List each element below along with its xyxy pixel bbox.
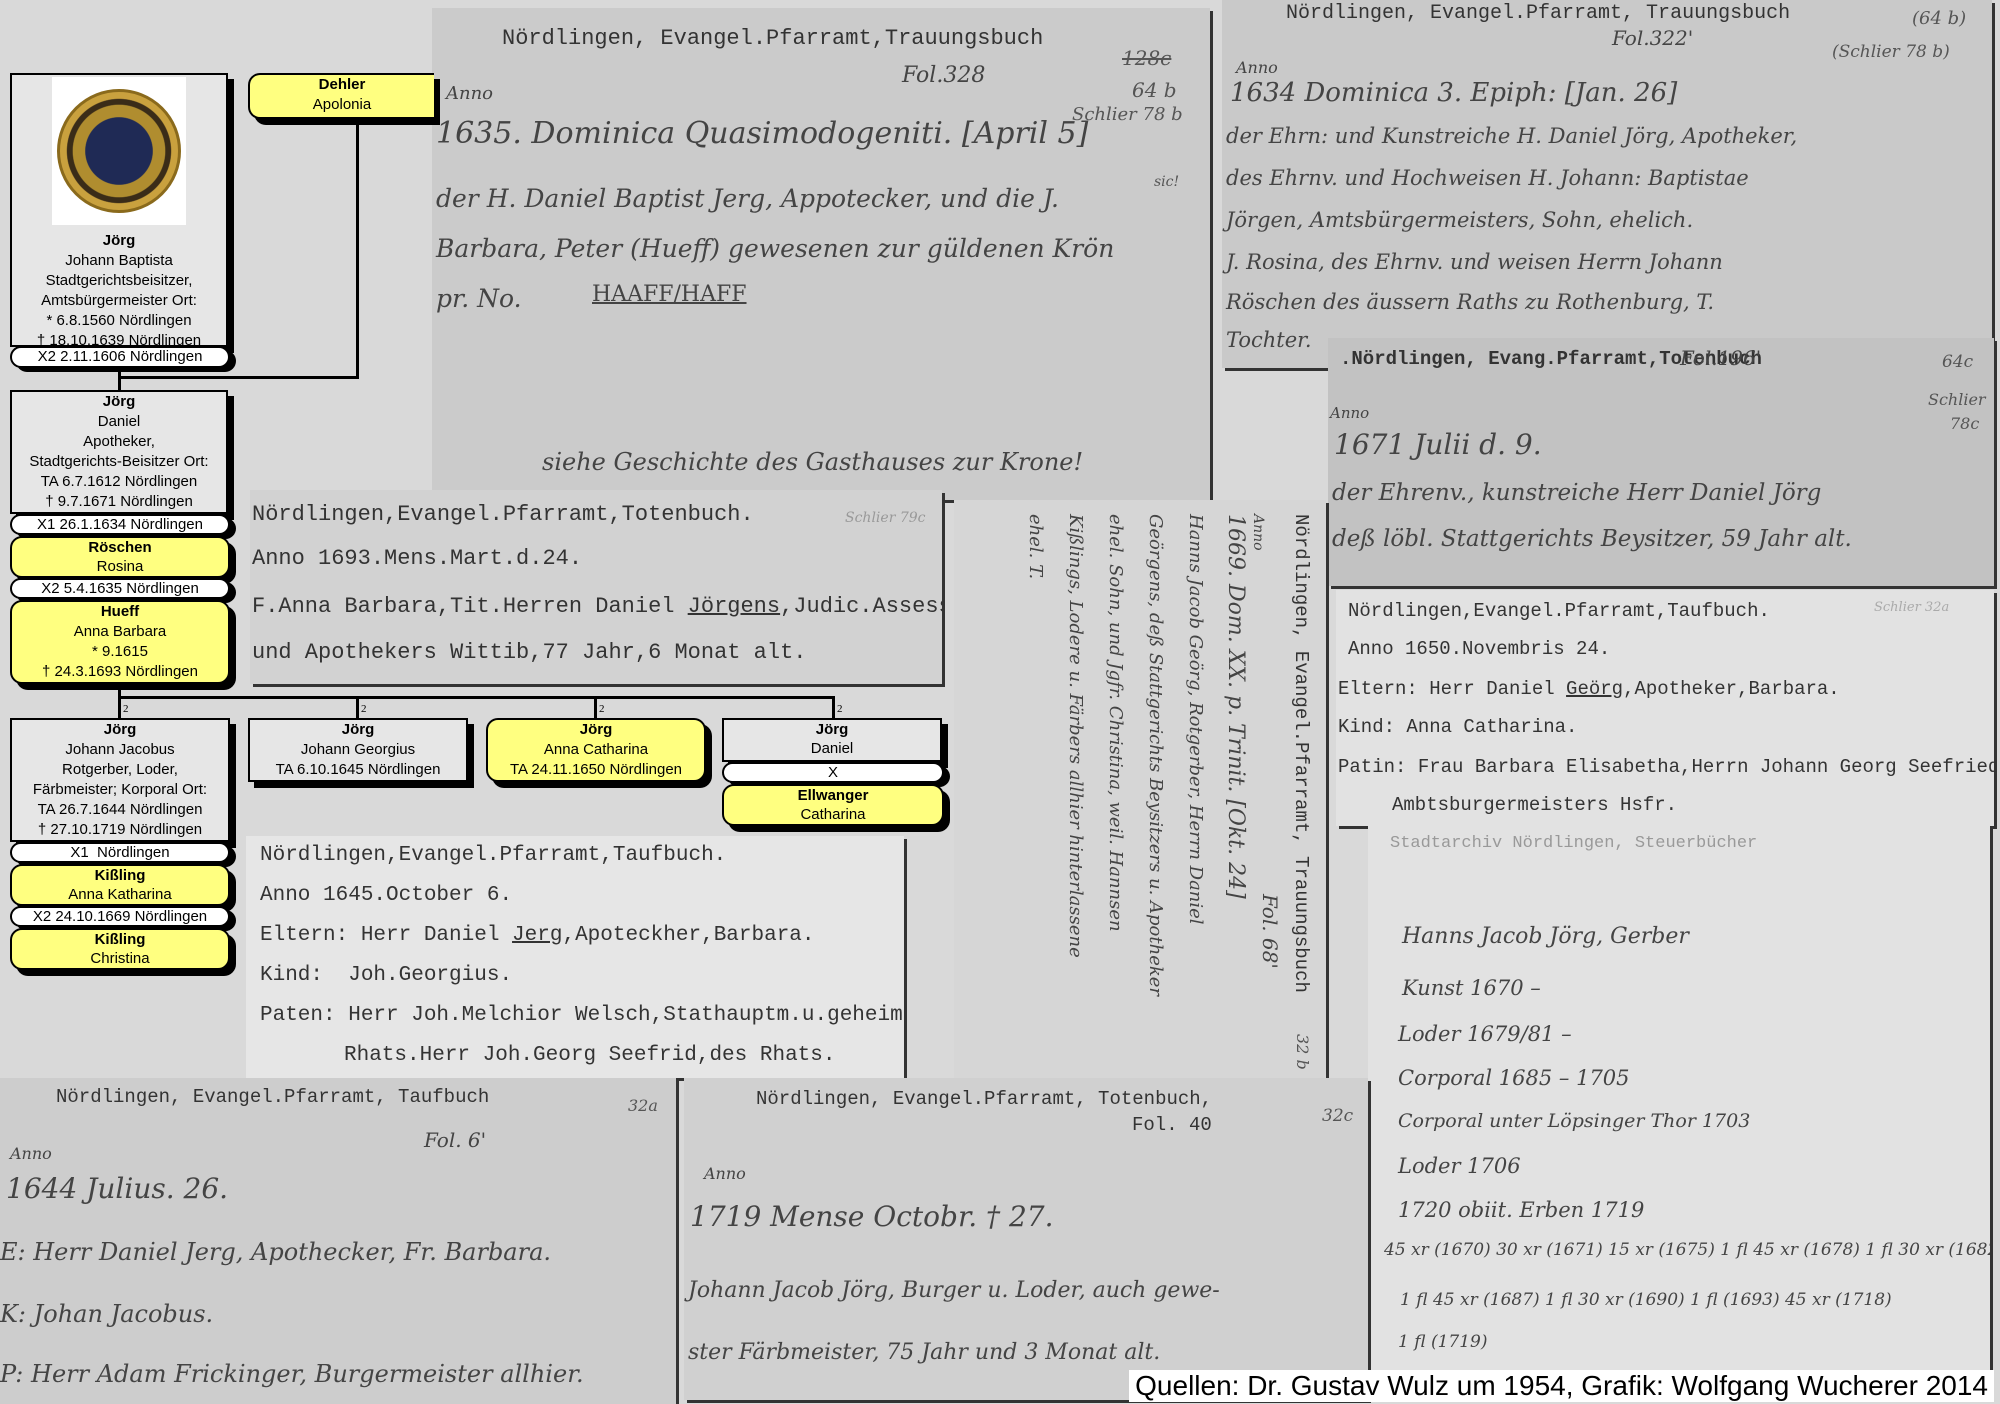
doc-line: deß löbl. Stattgerichts Beysitzer, 59 Ja…	[1332, 526, 1852, 552]
doc-line: Johann Jacob Jörg, Burger u. Loder, auch…	[688, 1278, 1220, 1303]
doc-line: 1671 Julii d. 9.	[1334, 428, 1542, 461]
doc-line: Anno 1693.Mens.Mart.d.24.	[252, 546, 582, 571]
person-occupation: Amtsbürgermeister Ort:	[12, 291, 226, 311]
doc-folio: Fol. 6'	[424, 1128, 486, 1152]
connector-line	[356, 118, 359, 378]
doc-folio: Fol.196'	[1680, 346, 1761, 370]
marriage-label: X2 5.4.1635 Nördlingen	[10, 578, 230, 599]
person-johann-jacobus[interactable]: Jörg Johann Jacobus Rotgerber, Loder, Fä…	[10, 718, 230, 842]
doc-line: Anno 1645.October 6.	[260, 884, 512, 907]
doc-line: 45 xr (1670) 30 xr (1671) 15 xr (1675) 1…	[1384, 1240, 1990, 1260]
person-given-name: Apolonia	[250, 95, 434, 115]
seal-medallion-icon	[52, 77, 186, 225]
doc-line: 1 fl (1719)	[1398, 1332, 1488, 1352]
document-toten-1693: Nördlingen,Evangel.Pfarramt,Totenbuch. S…	[250, 490, 942, 684]
person-given-name: Daniel	[12, 412, 226, 432]
connector-line	[118, 376, 359, 379]
doc-line: und Apothekers Wittib,77 Jahr,6 Monat al…	[252, 640, 807, 665]
doc-name-underlined: Jörgens	[688, 594, 780, 619]
doc-ref-1: 64c	[1942, 352, 1973, 372]
doc-name-note: HAAFF/HAFF	[592, 282, 747, 307]
doc-line: 1720 obiit. Erben 1719	[1398, 1198, 1644, 1222]
doc-line: Jörgen, Amtsbürgermeisters, Sohn, ehelic…	[1226, 208, 1693, 232]
doc-text: ,Judic.Assessoris	[780, 594, 942, 619]
doc-line: Ambtsburgermeisters Hsfr.	[1392, 794, 1677, 816]
doc-line: Loder 1706	[1398, 1154, 1521, 1178]
connector-line	[356, 696, 359, 718]
doc-line: E: Herr Daniel Jerg, Apothecker, Fr. Bar…	[0, 1238, 551, 1266]
person-anna-barbara[interactable]: Hueff Anna Barbara * 9.1615 † 24.3.1693 …	[10, 600, 230, 684]
doc-line: pr. No.	[436, 284, 522, 313]
doc-line: Corporal 1685 – 1705	[1398, 1066, 1630, 1090]
document-tauf-1650: Nördlingen,Evangel.Pfarramt,Taufbuch. Sc…	[1336, 590, 1994, 826]
document-toten-1719: Nördlingen, Evangel.Pfarramt, Totenbuch,…	[684, 1078, 1368, 1400]
document-tauf-1644: Nördlingen, Evangel.Pfarramt, Taufbuch F…	[0, 1078, 676, 1404]
document-trauung-1669: Nördlingen, Evangel.Pfarramt, Trauungsbu…	[954, 500, 1326, 1084]
doc-anno: Anno	[1250, 514, 1266, 551]
doc-line: Geörgens, deß Stattgerichts Beysitzers u…	[1145, 514, 1166, 996]
person-christina-kissling[interactable]: Kißling Christina	[10, 928, 230, 970]
marriage-label: X2 24.10.1669 Nördlingen	[10, 906, 230, 927]
person-given-name: Rosina	[12, 557, 228, 576]
person-birth: * 6.8.1560 Nördlingen	[12, 311, 226, 331]
doc-name-underlined: Jerg	[512, 924, 562, 947]
person-given-name: Anna Catharina	[488, 740, 704, 760]
doc-line: Loder 1679/81 –	[1398, 1022, 1572, 1046]
person-given-name: Catharina	[724, 805, 942, 824]
doc-line: der Ehrn: und Kunstreiche H. Daniel Jörg…	[1226, 124, 1797, 148]
doc-line: ehel. Sohn, und Jgfr. Christina, weil. H…	[1105, 514, 1126, 932]
doc-line: Eltern: Herr Daniel Jerg,Apoteckher,Barb…	[260, 924, 815, 947]
doc-line: Tochter.	[1226, 328, 1312, 352]
doc-anno: Anno	[704, 1164, 746, 1183]
person-catharina-ellwanger[interactable]: Ellwanger Catharina	[722, 784, 944, 826]
doc-ref-1: 64 b	[1132, 78, 1177, 102]
doc-line: Paten: Herr Joh.Melchior Welsch,Stathaup…	[260, 1004, 904, 1027]
connector-line	[594, 696, 597, 718]
connector-line	[118, 696, 834, 699]
doc-line: Hanns Jacob Jörg, Gerber	[1402, 924, 1689, 949]
person-death: † 27.10.1719 Nördlingen	[12, 820, 228, 840]
doc-text: ,Apoteckher,Barbara.	[562, 924, 814, 947]
doc-text: Eltern: Herr Daniel	[1338, 678, 1566, 700]
document-trauung-1635: Nördlingen, Evangel.Pfarramt,Trauungsbuc…	[432, 8, 1210, 500]
person-surname: Röschen	[12, 538, 228, 557]
doc-line: 1719 Mense Octobr. † 27.	[690, 1200, 1053, 1233]
doc-ref: Schlier 32a	[1874, 600, 1949, 615]
person-death: † 9.7.1671 Nördlingen	[12, 492, 226, 512]
person-daniel-jr[interactable]: Jörg Daniel	[722, 718, 942, 762]
doc-line: Kißlings, Lodere u. Färbers allhier hint…	[1065, 514, 1086, 958]
marriage-label: X2 2.11.1606 Nördlingen	[10, 346, 230, 368]
person-rosina[interactable]: Röschen Rosina	[10, 536, 230, 578]
doc-line: Rhats.Herr Joh.Georg Seefrid,des Rhats.	[344, 1044, 835, 1067]
person-anna-katharina-kissling[interactable]: Kißling Anna Katharina	[10, 864, 230, 906]
person-surname: Ellwanger	[724, 786, 942, 805]
doc-text: Eltern: Herr Daniel	[260, 924, 512, 947]
credits-caption: Quellen: Dr. Gustav Wulz um 1954, Grafik…	[1129, 1370, 1994, 1402]
person-surname: Kißling	[12, 866, 228, 885]
doc-ref-2: (Schlier 78 b)	[1832, 42, 1950, 62]
person-baptism: TA 26.7.1644 Nördlingen	[12, 800, 228, 820]
connector-line	[832, 696, 835, 718]
doc-ref: 32a	[628, 1096, 658, 1115]
doc-text: ,Apotheker,Barbara.	[1623, 678, 1840, 700]
doc-header: Nördlingen,Evangel.Pfarramt,Totenbuch.	[252, 502, 754, 527]
doc-line: Kind: Anna Catharina.	[1338, 716, 1577, 738]
doc-header: Nördlingen, Evangel.Pfarramt, Totenbuch,	[756, 1088, 1212, 1110]
person-occupation: Färbmeister; Korporal Ort:	[12, 780, 228, 800]
doc-ref-2: Schlier 78 b	[1072, 104, 1183, 125]
doc-line: 1635. Dominica Quasimodogeniti. [April 5…	[436, 116, 1088, 151]
document-steuer: Stadtarchiv Nördlingen, Steuerbücher Han…	[1368, 826, 1990, 1378]
doc-line: J. Rosina, des Ehrnv. und weisen Herrn J…	[1226, 250, 1723, 274]
person-given-name: Johann Georgius	[250, 740, 466, 760]
doc-line: K: Johan Jacobus.	[0, 1300, 213, 1328]
doc-line: 1644 Julius. 26.	[6, 1172, 228, 1205]
doc-line: 1634 Dominica 3. Epiph: [Jan. 26]	[1230, 78, 1677, 108]
person-occupation: Stadtgerichtsbeisitzer,	[12, 271, 226, 291]
person-given-name: Daniel	[724, 739, 940, 758]
doc-header: Nördlingen, Evangel.Pfarramt, Trauungsbu…	[1290, 514, 1312, 993]
connector-line	[118, 686, 121, 718]
doc-folio: Fol. 68'	[1258, 894, 1282, 969]
doc-anno: Anno	[446, 83, 493, 104]
generation-marker: 2	[361, 703, 367, 715]
doc-sic: sic!	[1154, 174, 1179, 190]
person-death: † 24.3.1693 Nördlingen	[12, 662, 228, 682]
person-occupation: Rotgerber, Loder,	[12, 760, 228, 780]
person-johann-baptista[interactable]: Jörg Johann Baptista Stadtgerichtsbeisit…	[10, 73, 228, 347]
doc-folio: Fol.322'	[1612, 26, 1693, 50]
person-baptism: TA 24.11.1650 Nördlingen	[488, 760, 704, 780]
person-surname: Jörg	[724, 720, 940, 739]
doc-line: Kunst 1670 –	[1402, 976, 1541, 1000]
doc-line: Anno 1650.Novembris 24.	[1348, 638, 1610, 660]
generation-marker: 2	[837, 703, 843, 715]
doc-line: Eltern: Herr Daniel Geörg,Apotheker,Barb…	[1338, 678, 1840, 700]
doc-line: Patin: Frau Barbara Elisabetha,Herrn Joh…	[1338, 756, 1994, 778]
person-surname: Dehler	[250, 75, 434, 95]
person-occupation: Stadtgerichts-Beisitzer Ort:	[12, 452, 226, 472]
doc-line: Corporal unter Löpsinger Thor 1703	[1398, 1110, 1750, 1132]
doc-line: Kind: Joh.Georgius.	[260, 964, 512, 987]
person-given-name: Anna Katharina	[12, 885, 228, 904]
person-given-name: Johann Baptista	[12, 251, 226, 271]
doc-anno: Anno	[10, 1144, 52, 1163]
doc-name-underlined: Geörg	[1566, 678, 1623, 700]
person-surname: Kißling	[12, 930, 228, 949]
doc-ref: 32c	[1322, 1106, 1353, 1126]
doc-line: 1669. Dom. XX. p. Trinit. [Okt. 24]	[1223, 514, 1248, 899]
marriage-label: X1 26.1.1634 Nördlingen	[10, 514, 230, 535]
doc-header: Nördlingen, Evangel.Pfarramt, Trauungsbu…	[1286, 2, 1790, 25]
person-given-name: Christina	[12, 949, 228, 968]
document-trauung-1634: Nördlingen, Evangel.Pfarramt, Trauungsbu…	[1222, 0, 1992, 368]
marriage-label: X1 Nördlingen	[10, 842, 230, 863]
person-surname: Jörg	[250, 720, 466, 740]
doc-ref-struck: 128c	[1122, 46, 1171, 70]
person-occupation: Apotheker,	[12, 432, 226, 452]
doc-line: des Ehrnv. und Hochweisen H. Johann: Bap…	[1226, 166, 1749, 190]
doc-header: Nördlingen, Evangel.Pfarramt,Trauungsbuc…	[502, 26, 1043, 51]
doc-header: Nördlingen, Evangel.Pfarramt, Taufbuch	[56, 1086, 489, 1108]
person-birth: * 9.1615	[12, 642, 228, 662]
doc-line: 1 fl 45 xr (1687) 1 fl 30 xr (1690) 1 fl…	[1400, 1290, 1892, 1310]
person-surname: Jörg	[488, 720, 704, 740]
person-surname: Jörg	[12, 231, 226, 251]
doc-ref-2: Schlier	[1928, 390, 1986, 409]
doc-line: der Ehrenv., kunstreiche Herr Daniel Jör…	[1332, 480, 1821, 506]
person-given-name: Johann Jacobus	[12, 740, 228, 760]
doc-header: Nördlingen,Evangel.Pfarramt,Taufbuch.	[260, 844, 726, 867]
person-baptism: TA 6.10.1645 Nördlingen	[250, 760, 466, 780]
person-surname: Hueff	[12, 602, 228, 622]
doc-line: ehel. T.	[1025, 514, 1046, 579]
doc-line: der H. Daniel Baptist Jerg, Appotecker, …	[436, 184, 1059, 213]
generation-marker: 2	[599, 703, 605, 715]
doc-ref-1: (64 b)	[1912, 8, 1966, 29]
doc-line: ster Färbmeister, 75 Jahr und 3 Monat al…	[688, 1340, 1160, 1365]
person-apolonia[interactable]: Dehler Apolonia	[248, 73, 434, 119]
doc-line: Barbara, Peter (Hueff) gewesenen zur gül…	[436, 234, 1114, 263]
generation-marker: 2	[123, 703, 129, 715]
doc-line: F.Anna Barbara,Tit.Herren Daniel Jörgens…	[252, 594, 942, 619]
doc-header: Nördlingen,Evangel.Pfarramt,Taufbuch.	[1348, 600, 1770, 622]
doc-anno: Anno	[1330, 404, 1369, 422]
doc-ref: Schlier 79c	[845, 510, 926, 526]
person-given-name: Anna Barbara	[12, 622, 228, 642]
person-surname: Jörg	[12, 392, 226, 412]
person-anna-catharina[interactable]: Jörg Anna Catharina TA 24.11.1650 Nördli…	[486, 718, 706, 782]
marriage-label: X	[722, 762, 944, 783]
person-daniel[interactable]: Jörg Daniel Apotheker, Stadtgerichts-Bei…	[10, 390, 228, 514]
doc-footnote: siehe Geschichte des Gasthauses zur Kron…	[542, 448, 1083, 476]
doc-line: Hanns Jacob Geörg, Rotgerber, Herrn Dani…	[1185, 514, 1206, 925]
doc-ref-3: 78c	[1950, 414, 1979, 433]
person-baptism: TA 6.7.1612 Nördlingen	[12, 472, 226, 492]
doc-line: Röschen des äussern Raths zu Rothenburg,…	[1226, 290, 1714, 314]
person-surname: Jörg	[12, 720, 228, 740]
doc-header: Stadtarchiv Nördlingen, Steuerbücher	[1390, 834, 1757, 853]
document-toten-1671: .Nördlingen, Evang.Pfarramt,Totenbuch Fo…	[1328, 338, 1994, 586]
document-tauf-1645: Nördlingen,Evangel.Pfarramt,Taufbuch. An…	[246, 836, 904, 1078]
doc-line: P: Herr Adam Frickinger, Burgermeister a…	[0, 1360, 584, 1388]
doc-text: F.Anna Barbara,Tit.Herren Daniel	[252, 594, 688, 619]
doc-folio: Fol.328	[902, 63, 985, 88]
doc-folio: Fol. 40	[1132, 1114, 1212, 1136]
doc-anno: Anno	[1236, 58, 1278, 77]
person-johann-georgius[interactable]: Jörg Johann Georgius TA 6.10.1645 Nördli…	[248, 718, 468, 782]
doc-ref: 32 b	[1293, 1034, 1312, 1070]
